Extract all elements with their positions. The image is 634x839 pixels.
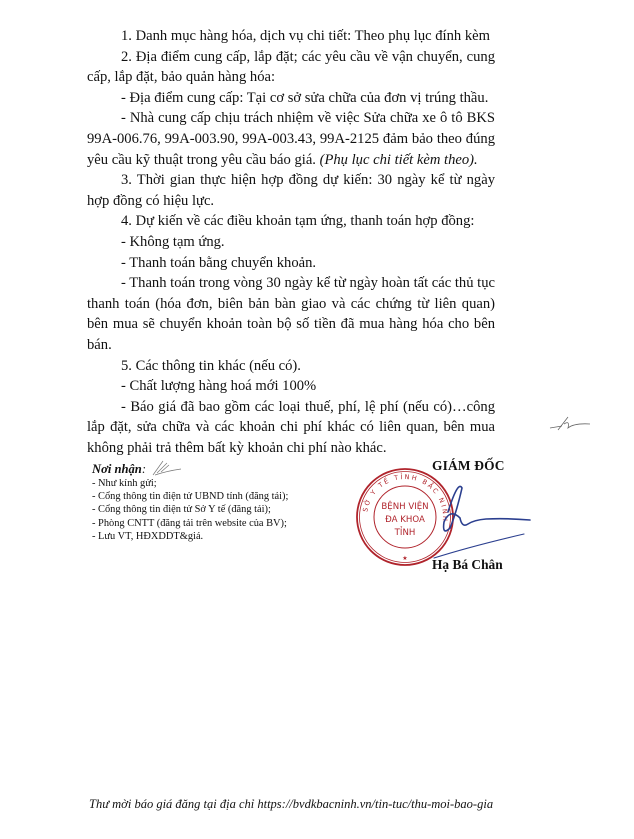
paragraph-supply-place: - Địa điểm cung cấp: Tại cơ sở sửa chữa … bbox=[87, 88, 495, 109]
recipients-heading-colon: : bbox=[142, 462, 146, 476]
paragraph-payment-deadline: - Thanh toán trong vòng 30 ngày kể từ ng… bbox=[87, 273, 495, 355]
signature-block: GIÁM ĐỐC SỞ Y TẾ TỈNH BẮC NINH BỆNH VIỆN… bbox=[352, 456, 552, 576]
recipients-heading-text: Nơi nhận bbox=[92, 462, 142, 476]
recipient-item: - Như kính gửi; bbox=[92, 477, 352, 490]
paragraph-goods-list: 1. Danh mục hàng hóa, dịch vụ chi tiết: … bbox=[87, 26, 495, 47]
paragraph-no-advance: - Không tạm ứng. bbox=[87, 232, 495, 253]
paragraph-contract-duration: 3. Thời gian thực hiện hợp đồng dự kiến:… bbox=[87, 170, 495, 211]
recipient-item: - Cổng thông tin điện tử Sở Y tế (đăng t… bbox=[92, 503, 352, 516]
recipient-item: - Lưu VT, HĐXDDT&giá. bbox=[92, 530, 352, 543]
signatory-name: Hạ Bá Chân bbox=[432, 557, 503, 573]
paragraph-quality: - Chất lượng hàng hoá mới 100% bbox=[87, 376, 495, 397]
recipient-item: - Cổng thông tin điện tử UBND tỉnh (đăng… bbox=[92, 490, 352, 503]
paragraph-delivery-location: 2. Địa điểm cung cấp, lắp đặt; các yêu c… bbox=[87, 47, 495, 88]
footer-note: Thư mời báo giá đăng tại địa chỉ https:/… bbox=[89, 797, 493, 812]
svg-text:★: ★ bbox=[402, 555, 407, 562]
document-body: 1. Danh mục hàng hóa, dịch vụ chi tiết: … bbox=[87, 26, 495, 458]
initials-mark-icon bbox=[151, 459, 183, 477]
paragraph-payment-terms: 4. Dự kiến về các điều khoản tạm ứng, th… bbox=[87, 211, 495, 232]
handwritten-signature-icon bbox=[412, 474, 532, 564]
appendix-note: (Phụ lục chi tiết kèm theo). bbox=[320, 152, 478, 168]
paragraph-price-includes: - Báo giá đã bao gồm các loại thuế, phí,… bbox=[87, 397, 495, 459]
paragraph-other-info: 5. Các thông tin khác (nếu có). bbox=[87, 356, 495, 377]
initials-mark-icon bbox=[548, 414, 592, 432]
recipients-list: - Như kính gửi; - Cổng thông tin điện tử… bbox=[92, 477, 352, 543]
recipients-heading: Nơi nhận: bbox=[92, 461, 352, 477]
recipient-item: - Phòng CNTT (đăng tải trên website của … bbox=[92, 517, 352, 530]
paragraph-supplier-responsibility: - Nhà cung cấp chịu trách nhiệm về việc … bbox=[87, 108, 495, 170]
paragraph-bank-transfer: - Thanh toán bằng chuyển khoản. bbox=[87, 253, 495, 274]
recipients-block: Nơi nhận: - Như kính gửi; - Cổng thông t… bbox=[92, 461, 352, 543]
